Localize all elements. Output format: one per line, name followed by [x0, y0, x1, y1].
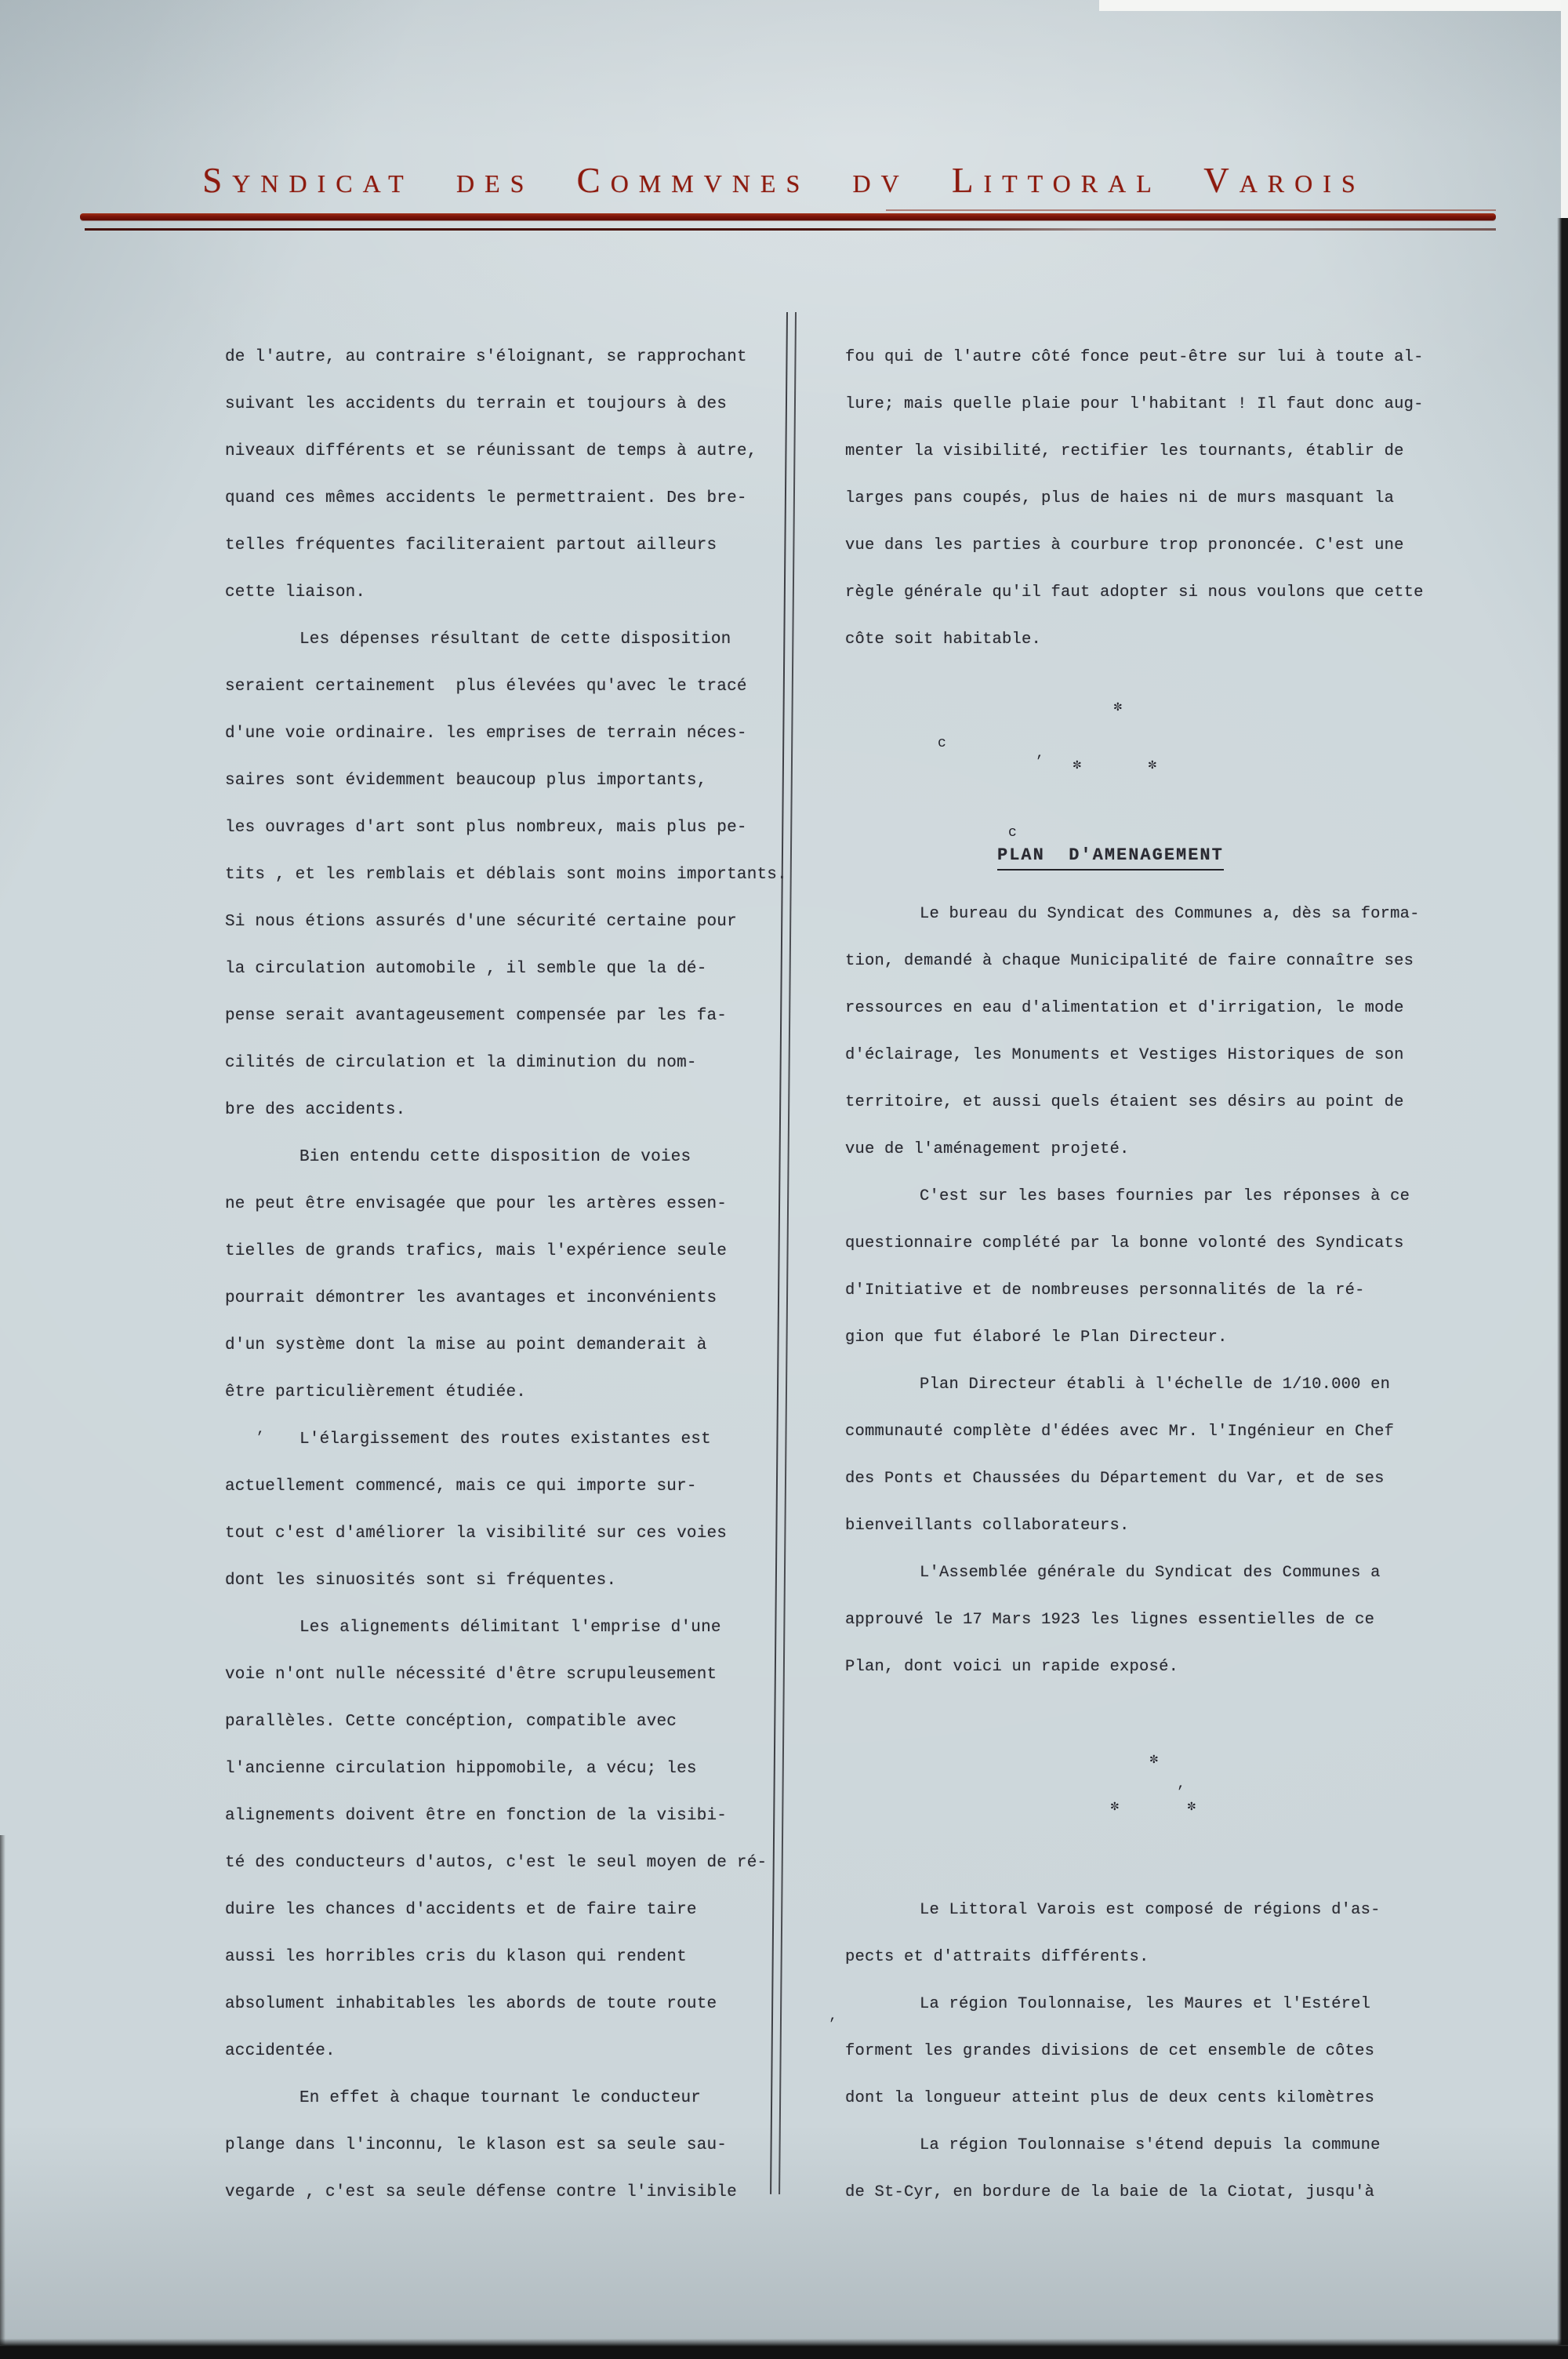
right-text-column-middle: Le bureau du Syndicat des Communes a, dè… — [845, 890, 1432, 1690]
typed-line: tits , et les remblais et déblais sont m… — [225, 851, 793, 898]
scan-edge-right-dark — [1557, 218, 1568, 2345]
typed-line: Bien entendu cette disposition de voies — [225, 1133, 793, 1180]
separator-asterisk: ✼ — [1149, 1754, 1159, 1766]
typed-line: suivant les accidents du terrain et touj… — [225, 380, 793, 427]
typed-line: parallèles. Cette concéption, compatible… — [225, 1698, 793, 1745]
typed-line: tout c'est d'améliorer la visibilité sur… — [225, 1510, 793, 1557]
right-text-column-bottom: Le Littoral Varois est composé de région… — [845, 1886, 1432, 2215]
typed-line: pects et d'attraits différents. — [845, 1933, 1432, 1980]
typed-line: accidentée. — [225, 2027, 793, 2074]
typed-line: Si nous étions assurés d'une sécurité ce… — [225, 898, 793, 945]
typed-line: C'est sur les bases fournies par les rép… — [845, 1172, 1432, 1219]
typed-line: quand ces mêmes accidents le permettraie… — [225, 474, 793, 522]
typed-line: Le Littoral Varois est composé de région… — [845, 1886, 1432, 1933]
typed-line: dont les sinuosités sont si fréquentes. — [225, 1557, 793, 1604]
stray-mark: c — [938, 736, 946, 751]
typed-line: cette liaison. — [225, 569, 793, 616]
typed-line: L'Assemblée générale du Syndicat des Com… — [845, 1549, 1432, 1596]
header-rule-thick — [80, 213, 1496, 220]
separator-asterisk: ✼ — [1110, 1801, 1120, 1813]
typed-line: ressources en eau d'alimentation et d'ir… — [845, 984, 1432, 1031]
typed-line: té des conducteurs d'autos, c'est le seu… — [225, 1839, 793, 1886]
typed-line: niveaux différents et se réunissant de t… — [225, 427, 793, 474]
typed-line: plange dans l'inconnu, le klason est sa … — [225, 2121, 793, 2168]
typed-line: des Ponts et Chaussées du Département du… — [845, 1455, 1432, 1502]
typed-line: dont la longueur atteint plus de deux ce… — [845, 2074, 1432, 2121]
scan-edge-right-white — [1561, 0, 1568, 221]
typed-line: voie n'ont nulle nécessité d'être scrupu… — [225, 1651, 793, 1698]
scan-edge-bottom-dark — [0, 2339, 1568, 2359]
typed-line: questionnaire complété par la bonne volo… — [845, 1219, 1432, 1267]
scan-edge-top-white — [1099, 0, 1561, 11]
typed-line: d'Initiative et de nombreuses personnali… — [845, 1267, 1432, 1314]
typed-line: En effet à chaque tournant le conducteur — [225, 2074, 793, 2121]
right-text-column-top: fou qui de l'autre côté fonce peut-être … — [845, 333, 1432, 663]
typed-line: duire les chances d'accidents et de fair… — [225, 1886, 793, 1933]
typed-line: tion, demandé à chaque Municipalité de f… — [845, 937, 1432, 984]
stray-mark: c — [1008, 825, 1017, 841]
typed-line: fou qui de l'autre côté fonce peut-être … — [845, 333, 1432, 380]
scanned-document-page: Syndicat des Commvnes dv Littoral Varois… — [0, 0, 1568, 2359]
header-rule-echo — [886, 209, 1496, 211]
typed-line: communauté complète d'édées avec Mr. l'I… — [845, 1408, 1432, 1455]
typed-line: l'ancienne circulation hippomobile, a vé… — [225, 1745, 793, 1792]
typed-line: être particulièrement étudiée. — [225, 1369, 793, 1416]
typed-line: alignements doivent être en fonction de … — [225, 1792, 793, 1839]
stray-mark: ’ — [828, 2017, 837, 2033]
typed-line: d'une voie ordinaire. les emprises de te… — [225, 710, 793, 757]
typed-line: lure; mais quelle plaie pour l'habitant … — [845, 380, 1432, 427]
typed-line: territoire, et aussi quels étaient ses d… — [845, 1078, 1432, 1125]
typed-line: d'un système dont la mise au point deman… — [225, 1321, 793, 1369]
typed-line: forment les grandes divisions de cet ens… — [845, 2027, 1432, 2074]
section-heading-plan-amenagement: PLAN D'AMENAGEMENT — [997, 845, 1224, 871]
typed-line: aussi les horribles cris du klason qui r… — [225, 1933, 793, 1980]
typed-line: de St-Cyr, en bordure de la baie de la C… — [845, 2168, 1432, 2215]
typed-line: Les dépenses résultant de cette disposit… — [225, 616, 793, 663]
typed-line: vue de l'aménagement projeté. — [845, 1125, 1432, 1172]
typed-line: Le bureau du Syndicat des Communes a, dè… — [845, 890, 1432, 937]
typed-line: vue dans les parties à courbure trop pro… — [845, 522, 1432, 569]
typed-line: approuvé le 17 Mars 1923 les lignes esse… — [845, 1596, 1432, 1643]
typed-line: saires sont évidemment beaucoup plus imp… — [225, 757, 793, 804]
typed-line: d'éclairage, les Monuments et Vestiges H… — [845, 1031, 1432, 1078]
header-rule-thin — [85, 228, 1496, 231]
typed-line: côte soit habitable. — [845, 616, 1432, 663]
typed-line: absolument inhabitables les abords de to… — [225, 1980, 793, 2027]
typed-line: ne peut être envisagée que pour les artè… — [225, 1180, 793, 1227]
separator-asterisk: ✼ — [1148, 759, 1157, 772]
typed-line: bre des accidents. — [225, 1086, 793, 1133]
typed-line: La région Toulonnaise, les Maures et l'E… — [845, 1980, 1432, 2027]
stray-mark: ’ — [1176, 1785, 1185, 1801]
typed-line: pense serait avantageusement compensée p… — [225, 992, 793, 1039]
typed-line: Plan, dont voici un rapide exposé. — [845, 1643, 1432, 1690]
separator-asterisk: ✼ — [1113, 701, 1123, 714]
typed-line: gion que fut élaboré le Plan Directeur. — [845, 1314, 1432, 1361]
typed-line: La région Toulonnaise s'étend depuis la … — [845, 2121, 1432, 2168]
typed-line: Les alignements délimitant l'emprise d'u… — [225, 1604, 793, 1651]
typed-line: bienveillants collaborateurs. — [845, 1502, 1432, 1549]
typed-line: telles fréquentes faciliteraient partout… — [225, 522, 793, 569]
typed-line: menter la visibilité, rectifier les tour… — [845, 427, 1432, 474]
left-text-column: de l'autre, au contraire s'éloignant, se… — [225, 333, 793, 2215]
separator-asterisk: ✼ — [1187, 1801, 1196, 1813]
stray-mark: ’ — [256, 1430, 264, 1446]
typed-line: pourrait démontrer les avantages et inco… — [225, 1274, 793, 1321]
typed-line: règle générale qu'il faut adopter si nou… — [845, 569, 1432, 616]
typed-line: tielles de grands trafics, mais l'expéri… — [225, 1227, 793, 1274]
document-title: Syndicat des Commvnes dv Littoral Varois — [78, 155, 1490, 205]
typed-line: la circulation automobile , il semble qu… — [225, 945, 793, 992]
typed-line: vegarde , c'est sa seule défense contre … — [225, 2168, 793, 2215]
typed-line: seraient certainement plus élevées qu'av… — [225, 663, 793, 710]
typed-line: Plan Directeur établi à l'échelle de 1/1… — [845, 1361, 1432, 1408]
typed-line: de l'autre, au contraire s'éloignant, se… — [225, 333, 793, 380]
stray-mark: ’ — [1035, 754, 1044, 770]
typed-line: actuellement commencé, mais ce qui impor… — [225, 1463, 793, 1510]
separator-asterisk: ✼ — [1073, 759, 1082, 772]
scan-edge-left-dark — [0, 1835, 5, 2345]
typed-line: cilités de circulation et la diminution … — [225, 1039, 793, 1086]
typed-line: L'élargissement des routes existantes es… — [225, 1416, 793, 1463]
typed-line: les ouvrages d'art sont plus nombreux, m… — [225, 804, 793, 851]
typed-line: larges pans coupés, plus de haies ni de … — [845, 474, 1432, 522]
